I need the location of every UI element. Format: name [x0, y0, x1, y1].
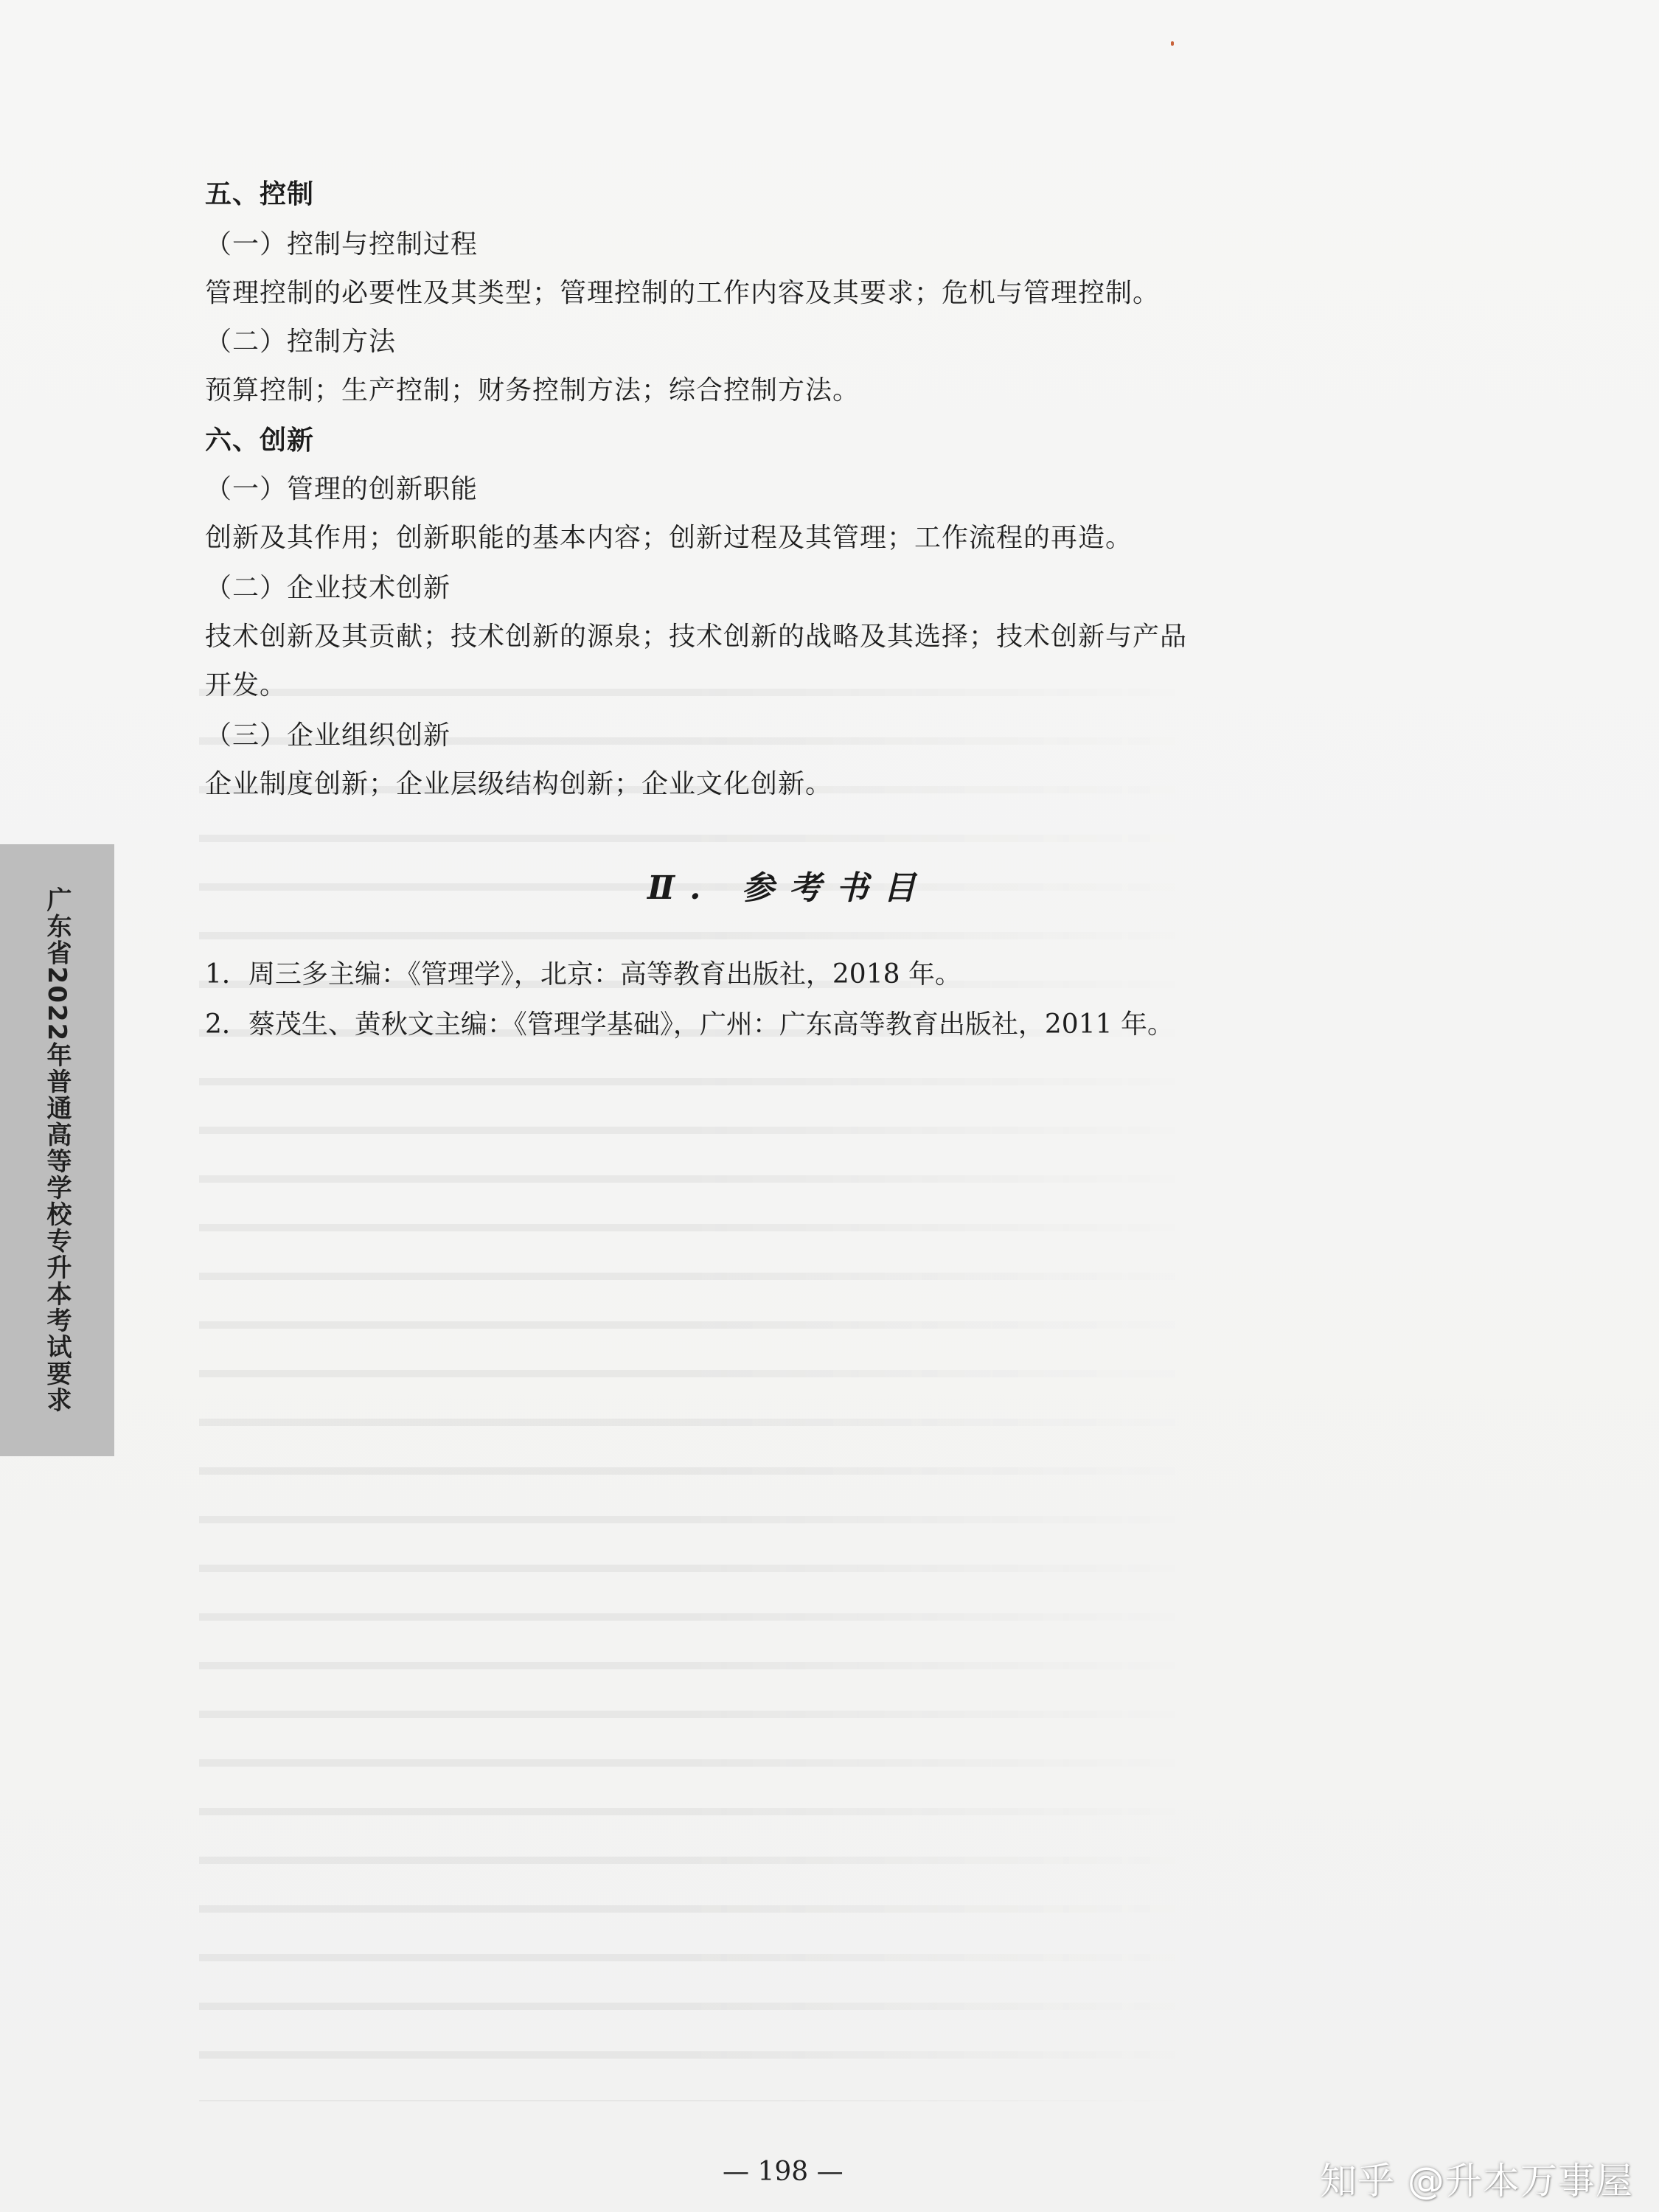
subsection-title: （一）控制与控制过程	[205, 229, 478, 261]
reference-item: 2．蔡茂生、黄秋文主编：《管理学基础》，广州：广东高等教育出版社，2011 年。	[205, 1009, 1174, 1041]
watermark: 知乎 @升本万事屋	[1320, 2152, 1633, 2205]
subsection-body: 管理控制的必要性及其类型；管理控制的工作内容及其要求；危机与管理控制。	[205, 277, 1160, 310]
subsection-title: （二）控制方法	[205, 326, 396, 358]
side-tab-label: 广东省2022年普通高等学校专升本考试要求	[39, 887, 75, 1414]
side-tab: 广东省2022年普通高等学校专升本考试要求	[0, 844, 114, 1456]
references-title: Ⅱ. 参考书目	[647, 861, 931, 908]
subsection-title: （一）管理的创新职能	[205, 473, 478, 506]
subsection-body: 创新及其作用；创新职能的基本内容；创新过程及其管理；工作流程的再造。	[205, 522, 1133, 554]
section-heading-innovation: 六、创新	[205, 425, 314, 457]
reference-item: 1．周三多主编：《管理学》，北京：高等教育出版社，2018 年。	[205, 959, 961, 991]
subsection-body-continued: 开发。	[205, 669, 287, 702]
document-page: 五、控制 （一）控制与控制过程 管理控制的必要性及其类型；管理控制的工作内容及其…	[0, 0, 1659, 2212]
paper-speck	[1171, 41, 1174, 46]
subsection-body: 预算控制；生产控制；财务控制方法；综合控制方法。	[205, 375, 860, 407]
subsection-title: （二）企业技术创新	[205, 572, 451, 605]
section-heading-control: 五、控制	[205, 178, 314, 211]
page-number: — 198 —	[723, 2157, 844, 2187]
subsection-title: （三）企业组织创新	[205, 720, 451, 752]
subsection-body: 企业制度创新；企业层级结构创新；企业文化创新。	[205, 768, 832, 801]
subsection-body: 技术创新及其贡献；技术创新的源泉；技术创新的战略及其选择；技术创新与产品	[205, 621, 1187, 653]
